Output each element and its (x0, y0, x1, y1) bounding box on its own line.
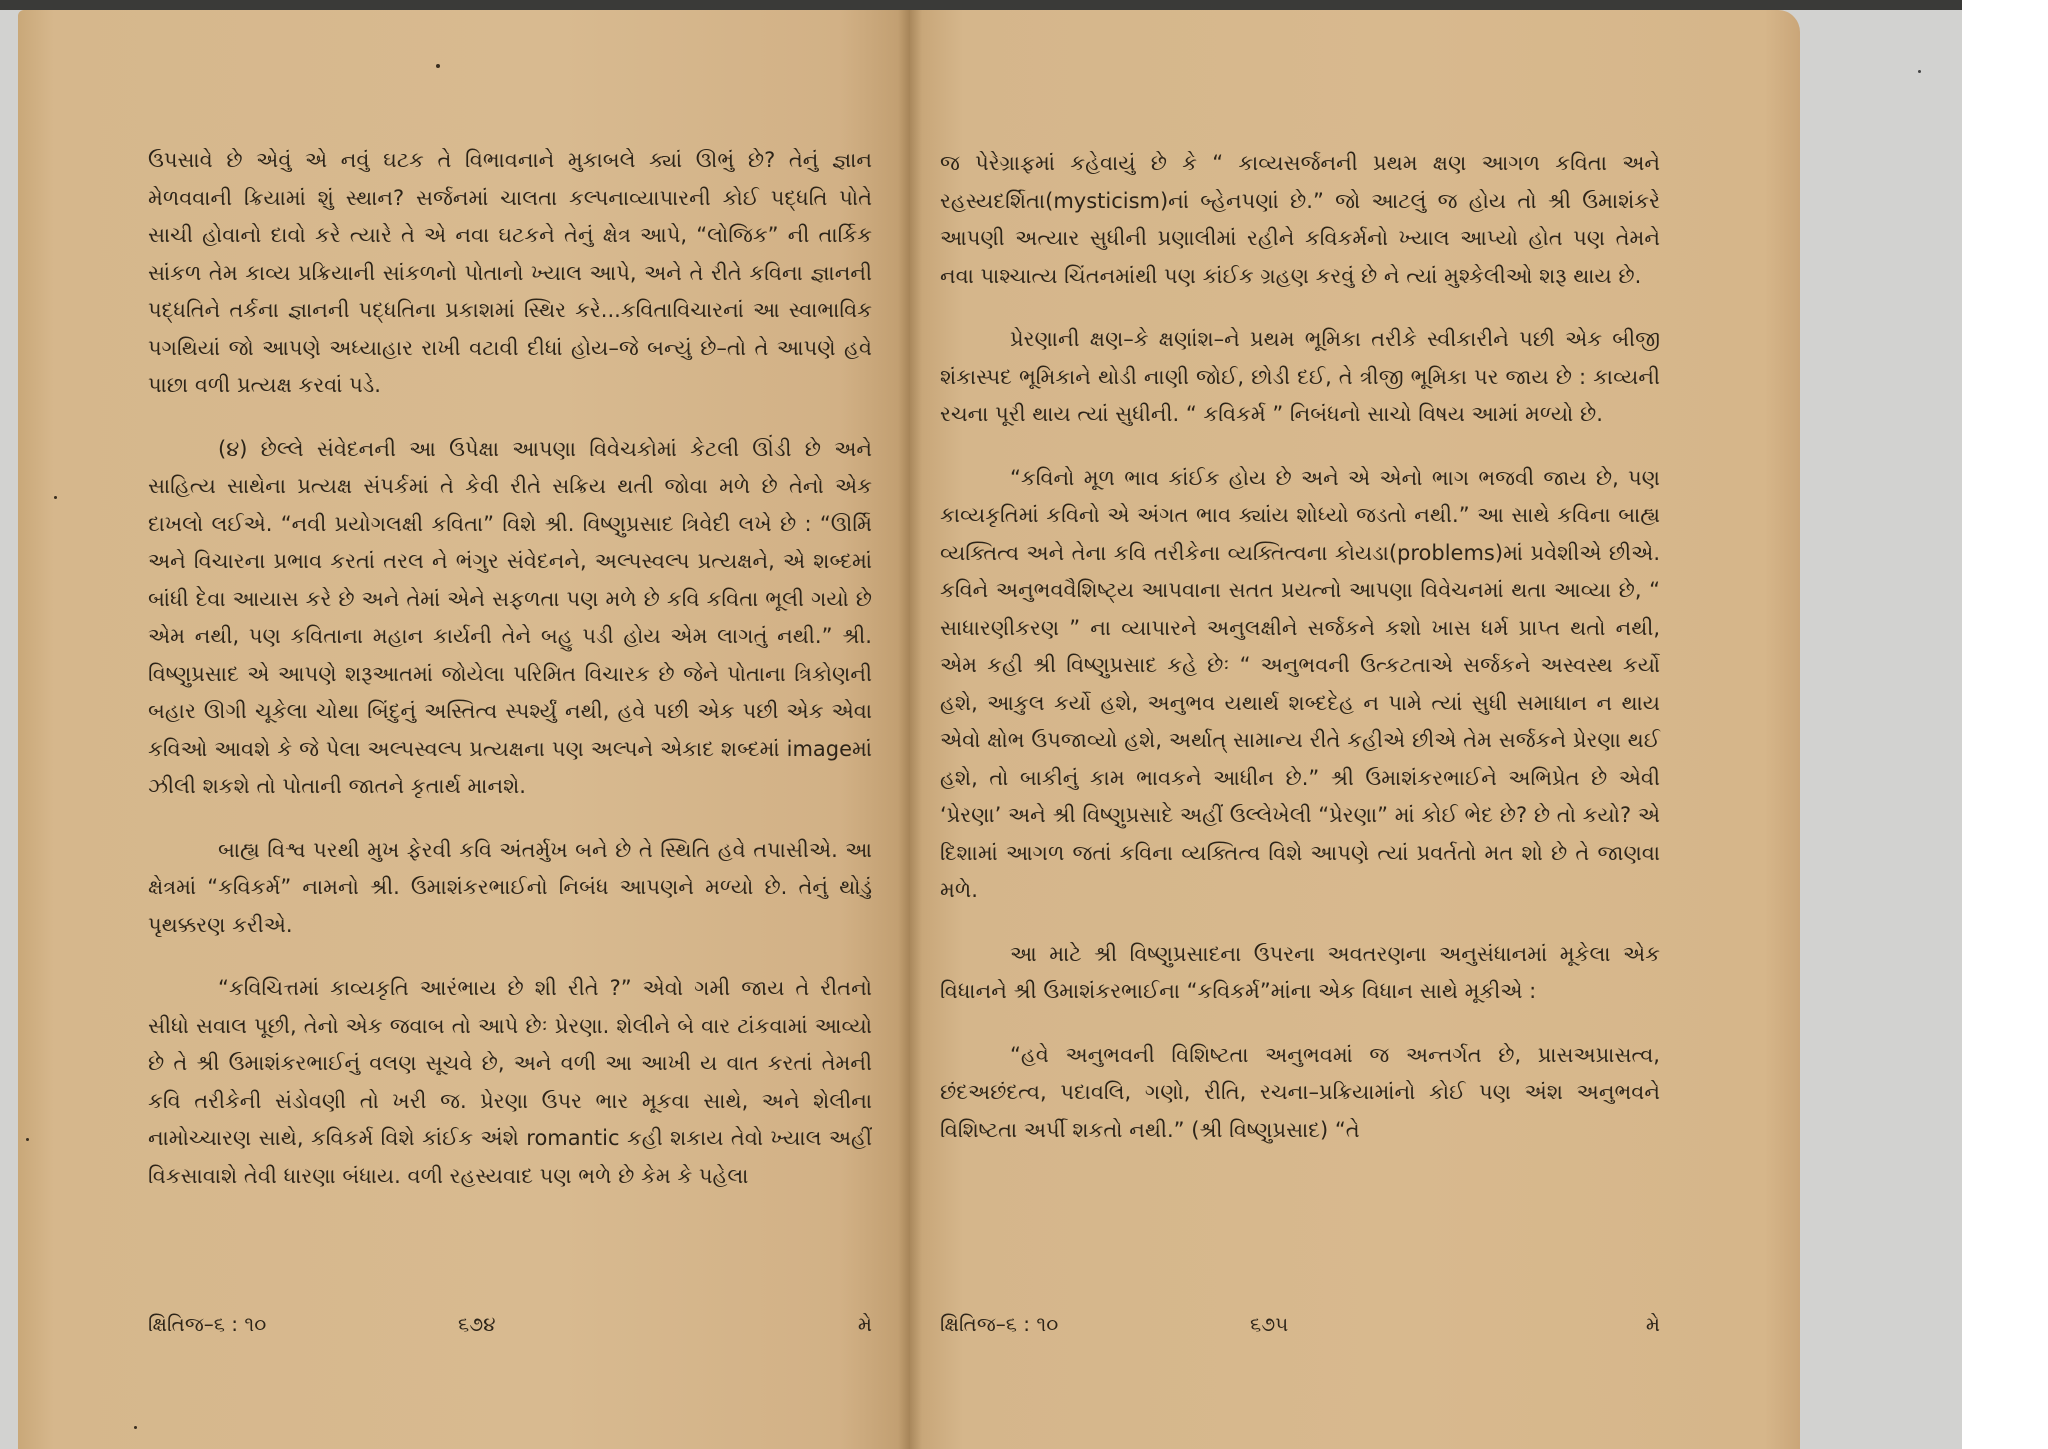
paragraph: “કવિચિત્તમાં કાવ્યકૃતિ આરંભાય છે શી રીતે… (148, 970, 872, 1195)
paragraph: બાહ્ય વિશ્વ પરથી મુખ ફેરવી કવિ અંતર્મુખ … (148, 832, 872, 945)
left-page-body: ઉપસાવે છે એવું એ નવું ઘટક તે વિભાવનાને મ… (148, 142, 872, 1221)
paragraph: જ પેરેગ્રાફમાં કહેવાયું છે કે “ કાવ્યસર્… (940, 145, 1660, 295)
right-page-footer: ક્ષિતિજ–૬ : ૧૦ ૬૭૫ મે (940, 1312, 1660, 1346)
left-page-footer: ક્ષિતિજ–૬ : ૧૦ ૬૭૪ મે (148, 1312, 872, 1346)
paragraph: “હવે અનુભવની વિશિષ્ટતા અનુભવમાં જ અન્તર્… (940, 1037, 1660, 1150)
journal-issue-label: ક્ષિતિજ–૬ : ૧૦ (148, 1312, 266, 1336)
dust-speck (436, 64, 440, 68)
right-page-body: જ પેરેગ્રાફમાં કહેવાયું છે કે “ કાવ્યસર્… (940, 145, 1660, 1175)
dust-speck (54, 496, 57, 499)
dust-speck (26, 1138, 29, 1141)
month-label: મે (858, 1312, 872, 1336)
paragraph: “કવિનો મૂળ ભાવ કાંઈક હોય છે અને એ એનો ભા… (940, 460, 1660, 910)
page-number: ૬૭૫ (1250, 1312, 1288, 1336)
paragraph: પ્રેરણાની ક્ષણ–કે ક્ષણાંશ–ને પ્રથમ ભૂમિક… (940, 321, 1660, 434)
paragraph: ઉપસાવે છે એવું એ નવું ઘટક તે વિભાવનાને મ… (148, 142, 872, 405)
dust-speck (134, 1426, 137, 1429)
journal-issue-label: ક્ષિતિજ–૬ : ૧૦ (940, 1312, 1058, 1336)
paragraph: (૪) છેલ્લે સંવેદનની આ ઉપેક્ષા આપણા વિવેચ… (148, 431, 872, 806)
page-number: ૬૭૪ (458, 1312, 496, 1336)
dust-speck (1918, 70, 1921, 73)
month-label: મે (1646, 1312, 1660, 1336)
paragraph: આ માટે શ્રી વિષ્ણુપ્રસાદના ઉપરના અવતરણના… (940, 936, 1660, 1011)
book-gutter-shadow (898, 10, 922, 1449)
scan-top-edge (0, 0, 1962, 10)
